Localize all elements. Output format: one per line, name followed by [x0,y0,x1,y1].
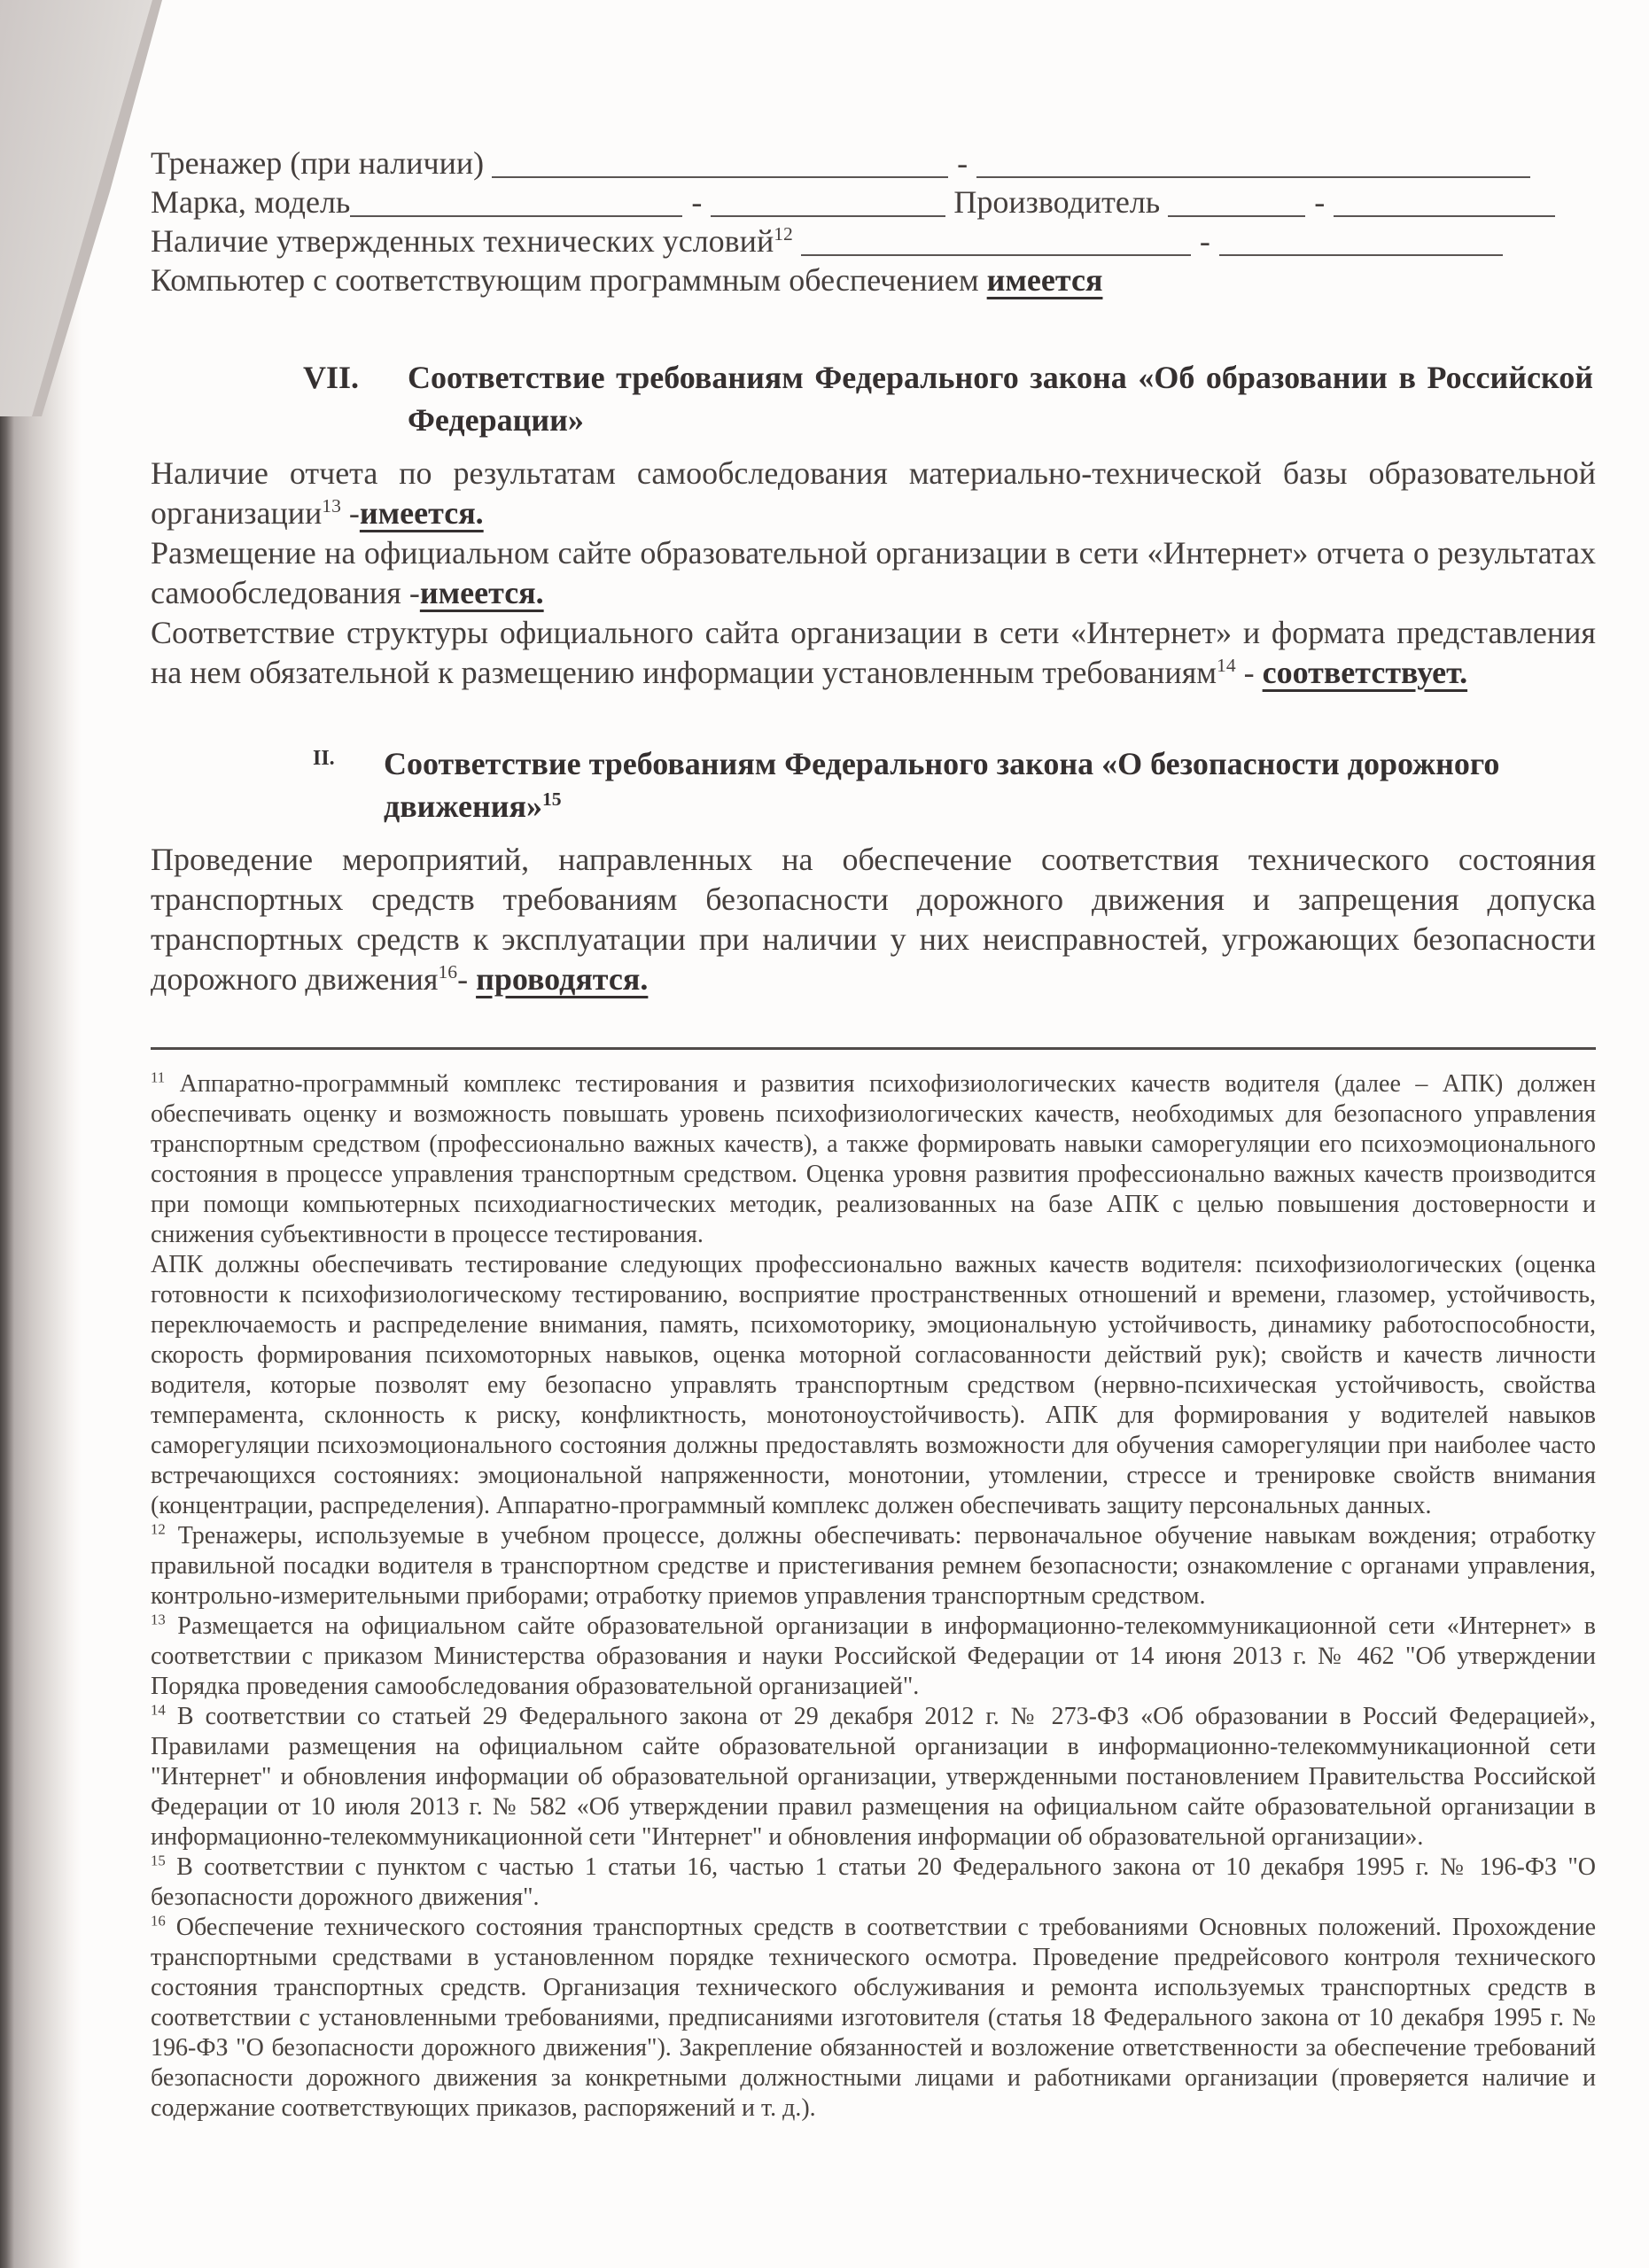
body-paragraph-road-safety: Проведение мероприятий, направленных на … [151,840,1596,999]
document-content: Тренажер (при наличии) - Марка, модель- … [151,0,1596,2124]
status-value: соответствует. [1263,655,1467,690]
status-value: имеется. [360,495,484,531]
footnote-paragraph: 13 Размещается на официальном сайте обра… [151,1612,1596,1702]
footnote-14: 14 В соответствии со статьей 29 Федераль… [151,1702,1596,1852]
form-line-tech-conditions: Наличие утвержденных технических условий… [151,221,1596,260]
form-line-trainer: Тренажер (при наличии) - [151,144,1596,183]
section-ii-body: Проведение мероприятий, направленных на … [151,840,1596,999]
blank-field [350,187,682,217]
footnote-16: 16 Обеспечение технического состояния тр… [151,1913,1596,2124]
footnote-ref-16: 16 [438,961,457,983]
footnote-paragraph: 15 В соответствии с пунктом с частью 1 с… [151,1852,1596,1913]
dash-separator: - [957,145,968,181]
blank-field [801,226,1191,256]
footnote-number: 14 [151,1702,166,1719]
field-label-trainer: Тренажер (при наличии) [151,145,492,181]
footnote-11: 11 Аппаратно-программный комплекс тестир… [151,1069,1596,1521]
dash-separator: - [691,184,702,220]
section-vii-number: VII. [303,356,359,399]
form-line-make-model: Марка, модель- Производитель - [151,183,1596,221]
body-paragraph-self-report: Наличие отчета по результатам самообслед… [151,454,1596,533]
footnote-paragraph: 11 Аппаратно-программный комплекс тестир… [151,1069,1596,1250]
status-value: проводятся. [476,961,648,997]
blank-field [1334,187,1555,217]
section-vii-heading: VII.Соответствие требованиям Федеральног… [408,356,1593,441]
dash-separator: - [1200,223,1210,259]
footnote-number: 11 [151,1069,165,1086]
blank-field [976,148,1530,178]
footnote-ref-15: 15 [542,788,562,810]
footnote-paragraph: АПК должны обеспечивать тестирование сле… [151,1250,1596,1521]
body-paragraph-site-structure: Соответствие структуры официального сайт… [151,613,1596,693]
footnotes-section: 11 Аппаратно-программный комплекс тестир… [151,1069,1596,2124]
field-label-computer: Компьютер с соответствующим программным … [151,262,1102,298]
status-value: имеется. [420,575,544,610]
section-vii-title: Соответствие требованиям Федерального за… [408,360,1593,438]
footnote-ref-12: 12 [774,223,793,245]
footnote-paragraph: 16 Обеспечение технического состояния тр… [151,1913,1596,2124]
footnote-ref-14: 14 [1217,655,1236,676]
blank-field [1168,187,1305,217]
body-paragraph-website-report: Размещение на официальном сайте образова… [151,533,1596,613]
blank-field [711,187,945,217]
section-ii-heading: II.Соответствие требованиям Федерального… [384,742,1596,827]
footnote-separator [151,1047,1596,1050]
section-ii-number: II. [313,737,335,780]
footnote-number: 13 [151,1612,166,1628]
footnote-13: 13 Размещается на официальном сайте обра… [151,1612,1596,1702]
field-label-tech-conditions: Наличие утвержденных технических условий… [151,223,793,259]
footnote-number: 12 [151,1521,166,1538]
section-vii-body: Наличие отчета по результатам самообслед… [151,454,1596,693]
status-value: имеется [987,262,1103,298]
footnote-number: 16 [151,1913,166,1930]
footnote-paragraph: 14 В соответствии со статьей 29 Федераль… [151,1702,1596,1852]
field-label-make-model: Марка, модель [151,184,350,220]
footnote-12: 12 Тренажеры, используемые в учебном про… [151,1521,1596,1612]
equipment-form-section: Тренажер (при наличии) - Марка, модель- … [151,0,1596,299]
dash-separator: - [1314,184,1325,220]
footnote-number: 15 [151,1852,166,1869]
footnote-ref-13: 13 [322,495,341,517]
scanned-page: Тренажер (при наличии) - Марка, модель- … [0,0,1649,2268]
field-label-manufacturer: Производитель [953,184,1168,220]
section-ii-title: Соответствие требованиям Федерального за… [384,746,1499,824]
blank-field [492,148,948,178]
blank-field [1219,226,1503,256]
footnote-paragraph: 12 Тренажеры, используемые в учебном про… [151,1521,1596,1612]
form-line-computer: Компьютер с соответствующим программным … [151,260,1596,299]
footnote-15: 15 В соответствии с пунктом с частью 1 с… [151,1852,1596,1913]
